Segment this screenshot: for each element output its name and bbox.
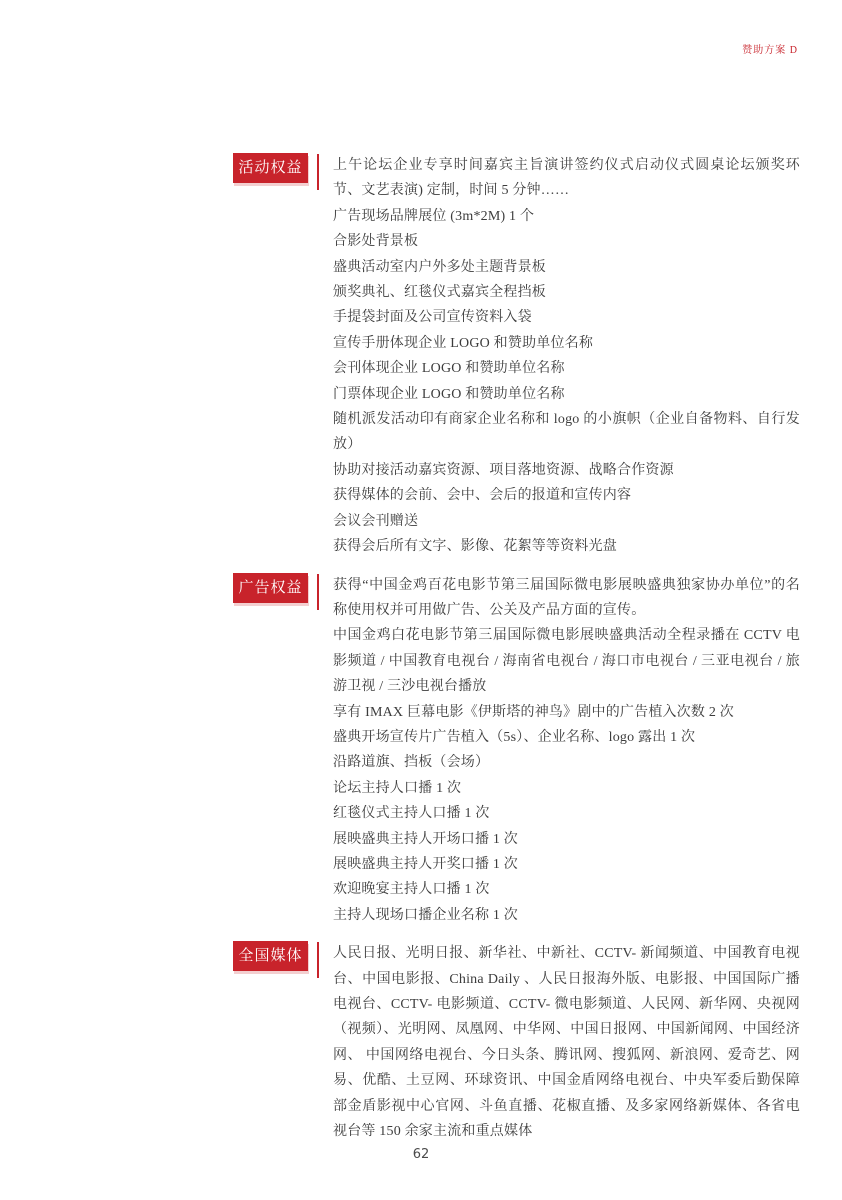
section-items: 上午论坛企业专享时间嘉宾主旨演讲签约仪式启动仪式圆桌论坛颁奖环节、文艺表演) 定… <box>333 153 800 560</box>
benefit-item: 上午论坛企业专享时间嘉宾主旨演讲签约仪式启动仪式圆桌论坛颁奖环节、文艺表演) 定… <box>333 153 800 204</box>
benefit-item: 展映盛典主持人开奖口播 1 次 <box>333 852 800 877</box>
benefit-item: 广告现场品牌展位 (3m*2M) 1 个 <box>333 204 800 229</box>
benefit-item: 盛典活动室内户外多处主题背景板 <box>333 255 800 280</box>
label-divider <box>317 154 319 190</box>
benefit-item: 随机派发活动印有商家企业名称和 logo 的小旗帜（企业自备物料、自行发放） <box>333 407 800 458</box>
benefit-item: 颁奖典礼、红毯仪式嘉宾全程挡板 <box>333 280 800 305</box>
benefit-item: 盛典开场宣传片广告植入（5s）、企业名称、logo 露出 1 次 <box>333 725 800 750</box>
benefit-item: 门票体现企业 LOGO 和赞助单位名称 <box>333 382 800 407</box>
benefit-item: 展映盛典主持人开场口播 1 次 <box>333 827 800 852</box>
benefit-item: 获得会后所有文字、影像、花絮等等资料光盘 <box>333 534 800 559</box>
benefit-item: 获得“中国金鸡百花电影节第三届国际微电影展映盛典独家协办单位”的名称使用权并可用… <box>333 573 800 624</box>
content-area: 活动权益 上午论坛企业专享时间嘉宾主旨演讲签约仪式启动仪式圆桌论坛颁奖环节、文艺… <box>233 153 800 1144</box>
benefit-item: 享有 IMAX 巨幕电影《伊斯塔的神鸟》剧中的广告植入次数 2 次 <box>333 700 800 725</box>
benefit-item: 人民日报、光明日报、新华社、中新社、CCTV- 新闻频道、中国教育电视台、中国电… <box>333 941 800 1144</box>
page-number: 62 <box>0 1147 842 1162</box>
section-label-box: 活动权益 <box>233 153 308 183</box>
section-items: 获得“中国金鸡百花电影节第三届国际微电影展映盛典独家协办单位”的名称使用权并可用… <box>333 573 800 929</box>
benefit-item: 获得媒体的会前、会中、会后的报道和宣传内容 <box>333 483 800 508</box>
section-label: 全国媒体 <box>233 941 333 979</box>
benefit-item: 欢迎晚宴主持人口播 1 次 <box>333 877 800 902</box>
benefit-item: 合影处背景板 <box>333 229 800 254</box>
benefit-item: 会议会刊赠送 <box>333 509 800 534</box>
label-divider <box>317 942 319 978</box>
label-divider <box>317 574 319 610</box>
benefit-item: 协助对接活动嘉宾资源、项目落地资源、战略合作资源 <box>333 458 800 483</box>
benefit-item: 主持人现场口播企业名称 1 次 <box>333 903 800 928</box>
benefit-item: 手提袋封面及公司宣传资料入袋 <box>333 305 800 330</box>
doc-plan-tag: 赞助方案 D <box>742 41 798 56</box>
benefit-section: 活动权益 上午论坛企业专享时间嘉宾主旨演讲签约仪式启动仪式圆桌论坛颁奖环节、文艺… <box>233 153 800 560</box>
benefit-item: 宣传手册体现企业 LOGO 和赞助单位名称 <box>333 331 800 356</box>
section-label-box: 广告权益 <box>233 573 308 603</box>
benefit-item: 红毯仪式主持人口播 1 次 <box>333 801 800 826</box>
benefit-item: 中国金鸡白花电影节第三届国际微电影展映盛典活动全程录播在 CCTV 电影频道 /… <box>333 623 800 699</box>
section-label: 广告权益 <box>233 573 333 611</box>
section-items: 人民日报、光明日报、新华社、中新社、CCTV- 新闻频道、中国教育电视台、中国电… <box>333 941 800 1144</box>
benefit-item: 论坛主持人口播 1 次 <box>333 776 800 801</box>
document-page: 赞助方案 D 活动权益 上午论坛企业专享时间嘉宾主旨演讲签约仪式启动仪式圆桌论坛… <box>0 0 842 1200</box>
benefit-section: 广告权益 获得“中国金鸡百花电影节第三届国际微电影展映盛典独家协办单位”的名称使… <box>233 573 800 929</box>
benefit-item: 沿路道旗、挡板（会场） <box>333 750 800 775</box>
benefit-item: 会刊体现企业 LOGO 和赞助单位名称 <box>333 356 800 381</box>
section-label: 活动权益 <box>233 153 333 191</box>
section-label-box: 全国媒体 <box>233 941 308 971</box>
benefit-section: 全国媒体 人民日报、光明日报、新华社、中新社、CCTV- 新闻频道、中国教育电视… <box>233 941 800 1144</box>
